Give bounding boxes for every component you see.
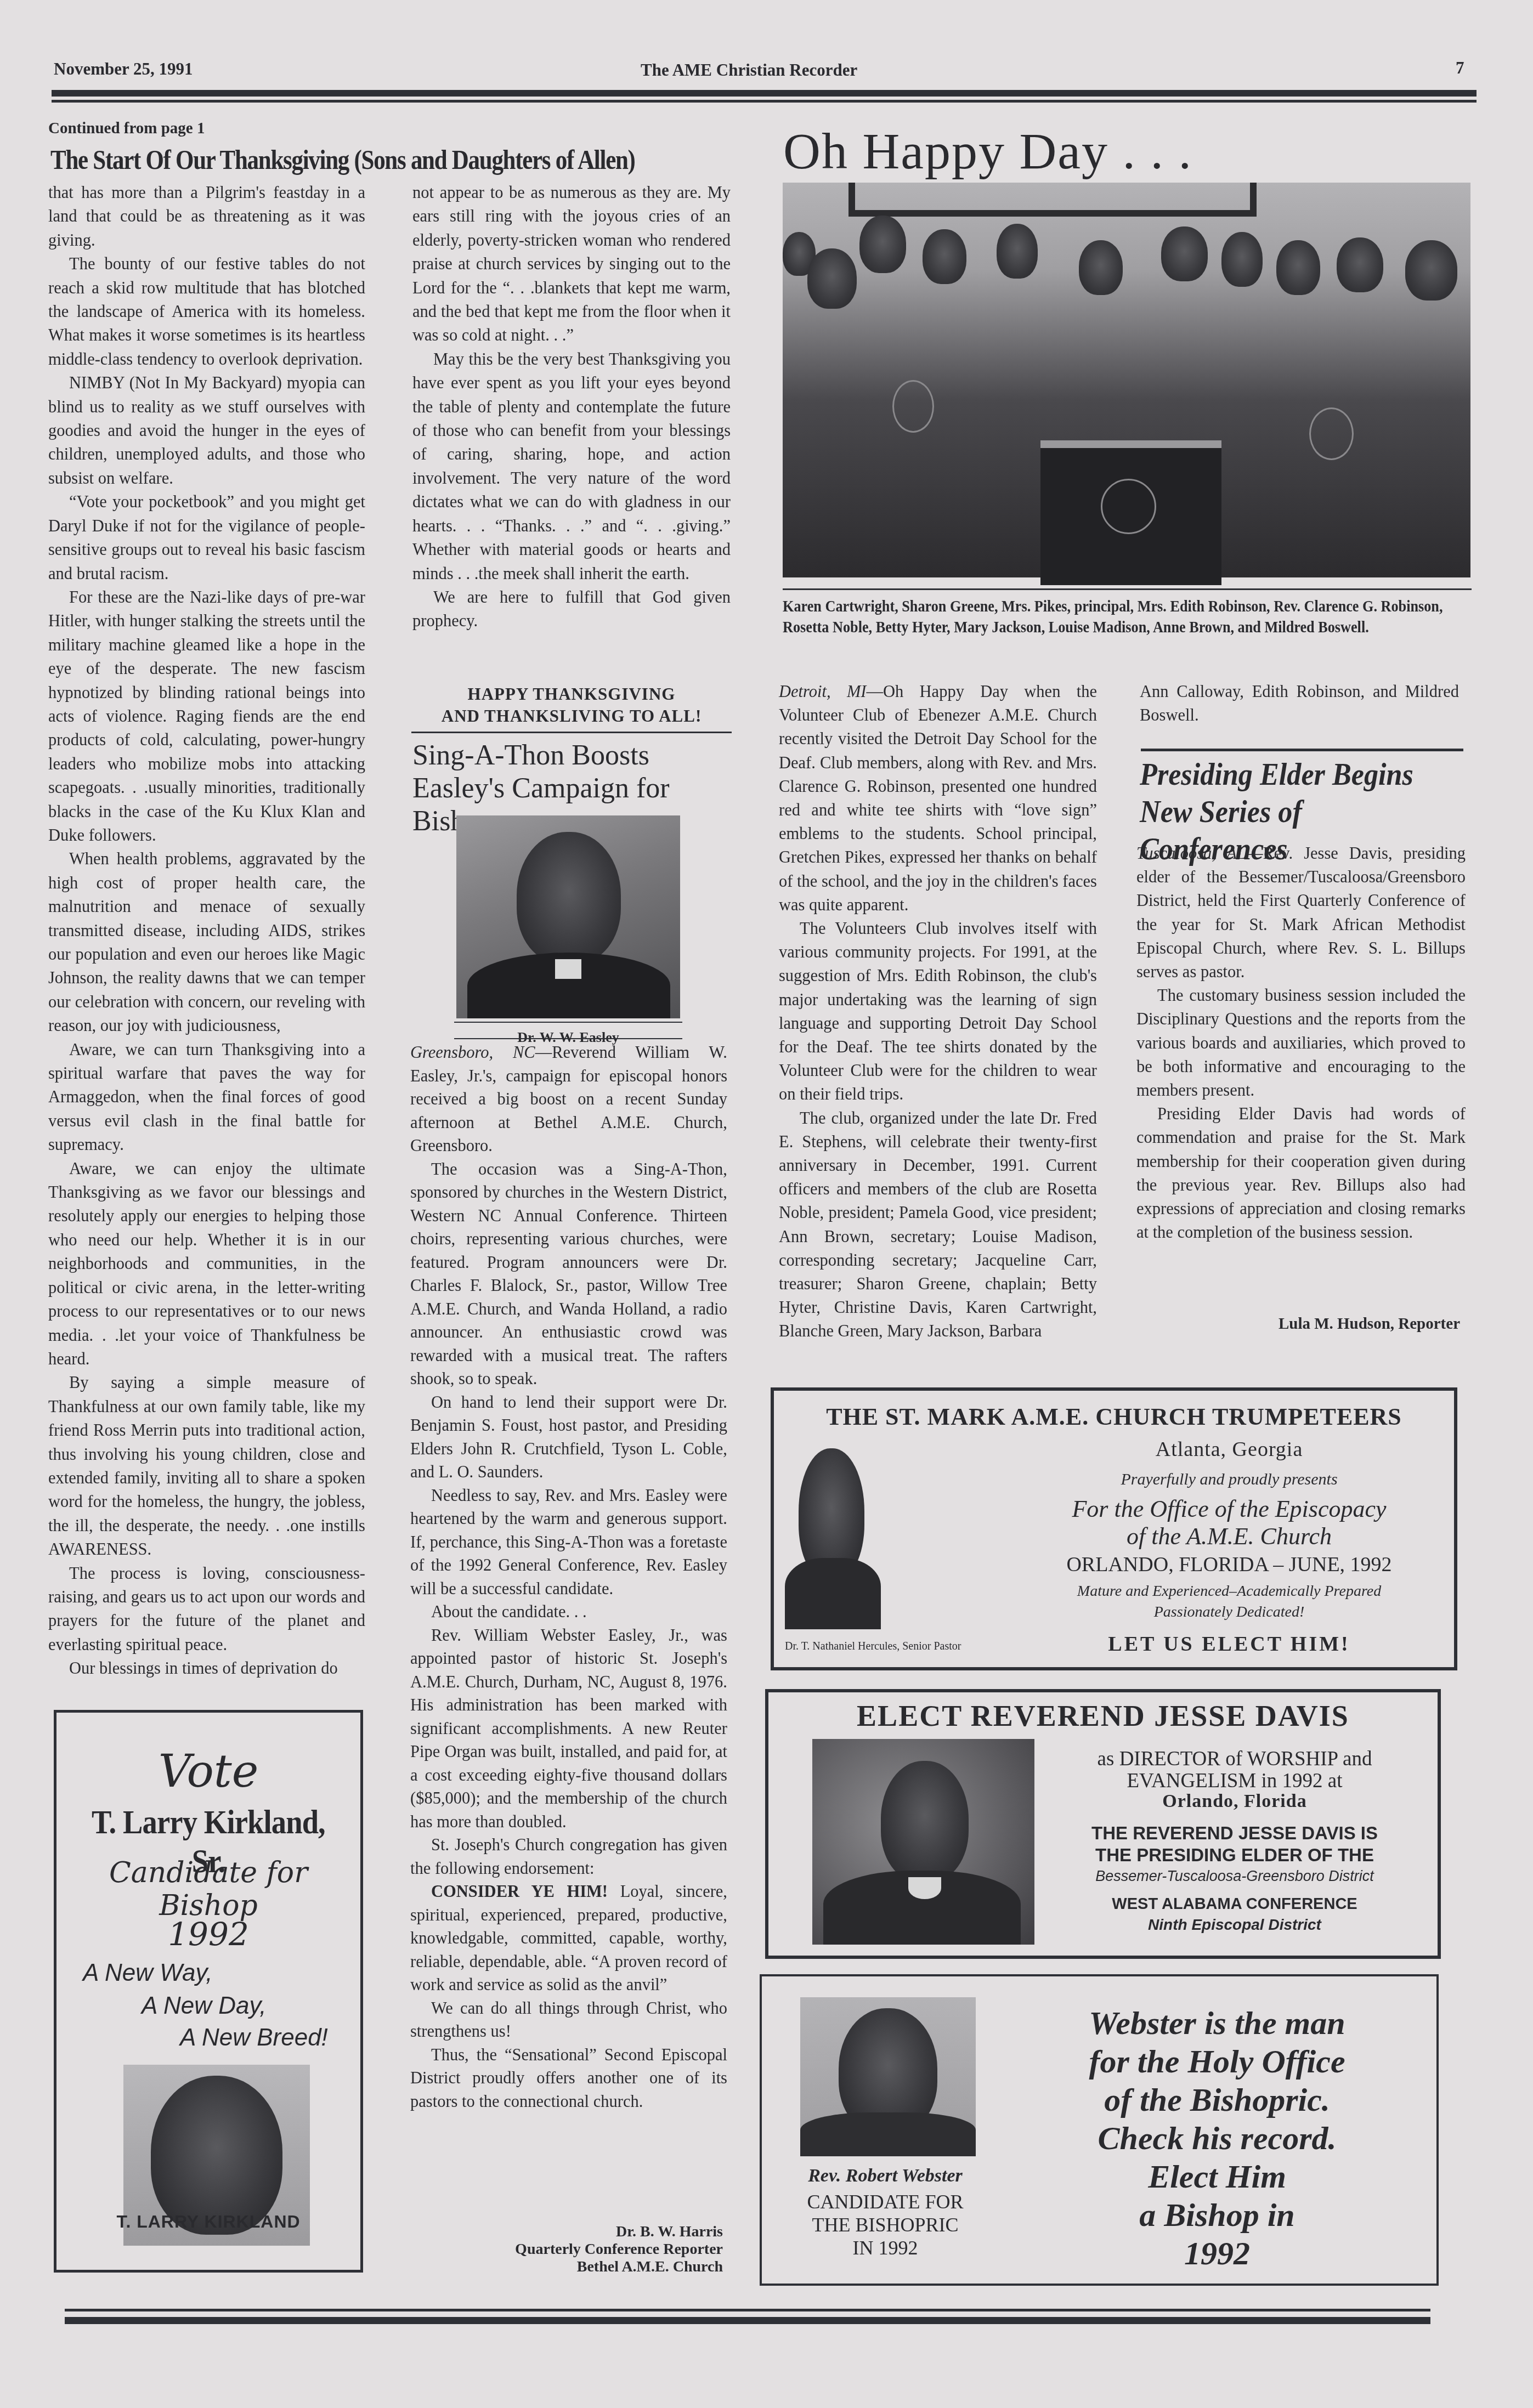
kirkland-ad: Vote T. Larry Kirkland, Sr. Candidate fo… [54, 1710, 363, 2273]
thanksgiving-col1: that has more than a Pilgrim's feastday … [48, 181, 365, 1681]
slogan-line: of the Bishopric. [1003, 2081, 1431, 2119]
section-divider [1141, 749, 1463, 751]
group-member [1337, 237, 1383, 292]
section-divider [411, 732, 732, 733]
paragraph: On hand to lend their support were Dr. B… [410, 1391, 727, 1484]
presiding-elder-copy: Tuscaloosa, AL—Rev. Jesse Davis, presidi… [1136, 842, 1466, 1244]
kirkland-photo-caption: T. LARRY KIRKLAND [56, 2212, 360, 2232]
photo-rule [783, 588, 1472, 590]
paragraph: May this be the very best Thanksgiving y… [412, 348, 731, 586]
kirkland-portrait-head [151, 2076, 282, 2235]
happy-day-photo-caption: Karen Cartwright, Sharon Greene, Mrs. Pi… [783, 597, 1472, 638]
paragraph: St. Joseph's Church congregation has giv… [410, 1833, 727, 1880]
davis-line-2: EVANGELISM in 1992 at [1032, 1769, 1438, 1793]
davis-photo [812, 1739, 1034, 1945]
paragraph: Ann Calloway, Edith Robinson, and Mildre… [1140, 680, 1459, 728]
slogan-line: a Bishop in [1003, 2196, 1431, 2234]
webster-photo [800, 1997, 976, 2156]
slogan-line: Check his record. [1003, 2119, 1431, 2157]
footer-rule-thick [65, 2317, 1430, 2324]
hercules-portrait-shoulders [785, 1558, 881, 1629]
slogan-line: 1992 [1003, 2234, 1431, 2273]
trumpeteers-qualities-1: Mature and Experienced–Academically Prep… [1004, 1583, 1454, 1600]
paragraph: Thus, the “Sensational” Second Episcopal… [410, 2043, 727, 2114]
hercules-photo [785, 1448, 881, 1629]
paragraph: About the candidate. . . [410, 1600, 727, 1624]
trumpeteers-title: THE ST. MARK A.M.E. CHURCH TRUMPETEERS [774, 1403, 1454, 1431]
shirt-emblem-icon [1101, 479, 1156, 534]
davis-line-1: as DIRECTOR of WORSHIP and [1032, 1747, 1438, 1771]
paragraph: “Vote your pocketbook” and you might get… [48, 490, 365, 586]
group-member [1079, 240, 1123, 295]
clerical-collar [908, 1877, 941, 1899]
presiding-elder-byline: Lula M. Hudson, Reporter [1136, 1315, 1460, 1333]
dateline: Greensboro, NC [410, 1043, 535, 1062]
davis-line-7: WEST ALABAMA CONFERENCE [1032, 1895, 1438, 1913]
trumpeteers-event: ORLANDO, FLORIDA – JUNE, 1992 [1004, 1553, 1454, 1577]
webster-portrait-shoulders [800, 2112, 976, 2156]
paragraph: Greensboro, NC—Reverend William W. Easle… [410, 1041, 727, 1158]
shirt-emblem-icon [1309, 407, 1354, 460]
wall-frame [848, 183, 1257, 217]
thanksgiving-col2: not appear to be as numerous as they are… [412, 181, 731, 633]
paragraph-text: —Rev. Jesse Davis, presiding elder of th… [1136, 844, 1466, 981]
paragraph: Tuscaloosa, AL—Rev. Jesse Davis, presidi… [1136, 842, 1466, 984]
webster-candidate-1: CANDIDATE FOR [784, 2190, 987, 2213]
trumpeteers-location: Atlanta, Georgia [1004, 1437, 1454, 1461]
page-number: 7 [1456, 58, 1464, 78]
kirkland-slogan-3: A New Breed! [180, 2024, 328, 2052]
webster-name: Rev. Robert Webster [784, 2166, 987, 2186]
paragraph: Aware, we can enjoy the ultimate Thanksg… [48, 1157, 365, 1372]
group-member [1405, 240, 1457, 301]
paragraph: Aware, we can turn Thanksgiving into a s… [48, 1038, 365, 1157]
kirkland-vote: Vote [56, 1746, 360, 1798]
easley-byline-title: Quarterly Conference Reporter [410, 2241, 723, 2258]
davis-ad-title: ELECT REVEREND JESSE DAVIS [768, 1699, 1438, 1733]
easley-byline-name: Dr. B. W. Harris [410, 2223, 723, 2241]
trumpeteers-qualities-2: Passionately Dedicated! [1004, 1604, 1454, 1621]
group-member [1276, 240, 1320, 295]
paragraph: We can do all things through Christ, who… [410, 1997, 727, 2043]
paragraph: By saying a simple measure of Thankfulne… [48, 1371, 365, 1561]
group-member [807, 248, 857, 309]
davis-line-5: THE PRESIDING ELDER OF THE [1032, 1845, 1438, 1866]
publication-name: The AME Christian Recorder [641, 60, 857, 80]
paragraph-text: —Oh Happy Day when the Volunteer Club of… [779, 682, 1097, 914]
davis-line-6: Bessemer-Tuscaloosa-Greensboro District [1032, 1868, 1438, 1885]
group-member [859, 216, 906, 273]
paragraph: not appear to be as numerous as they are… [412, 181, 731, 348]
kirkland-slogan-2: A New Day, [142, 1992, 266, 2020]
kirkland-year: 1992 [56, 1916, 360, 1953]
webster-candidate-3: IN 1992 [784, 2236, 987, 2259]
slogan-line: Elect Him [1003, 2157, 1431, 2196]
group-member [923, 229, 966, 284]
dateline: Tuscaloosa, AL [1136, 844, 1246, 863]
happy-day-col1: Detroit, MI—Oh Happy Day when the Volunt… [779, 680, 1097, 1344]
easley-body: Greensboro, NC—Reverend William W. Easle… [410, 1041, 727, 2113]
paragraph: The customary business session included … [1136, 984, 1466, 1102]
caption-rule-top [454, 1022, 682, 1023]
trumpeteers-cta: LET US ELECT HIM! [1004, 1632, 1454, 1656]
davis-portrait-head [881, 1761, 969, 1882]
group-member [1221, 232, 1263, 287]
paragraph: When health problems, aggravated by the … [48, 847, 365, 1038]
slogan-line: for the Holy Office [1003, 2042, 1431, 2081]
paragraph: that has more than a Pilgrim's feastday … [48, 181, 365, 252]
issue-date: November 25, 1991 [54, 59, 193, 79]
continued-kicker: Continued from page 1 [48, 120, 205, 138]
paragraph: The club, organized under the late Dr. F… [779, 1107, 1097, 1344]
clerical-collar [555, 959, 581, 979]
paragraph: Needless to say, Rev. and Mrs. Easley we… [410, 1484, 727, 1601]
paragraph: Presiding Elder Davis had words of comme… [1136, 1102, 1466, 1244]
davis-line-4: THE REVEREND JESSE DAVIS IS [1032, 1823, 1438, 1844]
thanksgiving-closing-2: AND THANKSLIVING TO ALL! [412, 706, 731, 726]
webster-slogan: Webster is the man for the Holy Office o… [1003, 2004, 1431, 2273]
easley-portrait-head [517, 832, 621, 964]
footer-rule-thin [65, 2309, 1430, 2311]
dateline: Detroit, MI [779, 682, 866, 701]
webster-ad: Rev. Robert Webster CANDIDATE FOR THE BI… [760, 1974, 1439, 2286]
easley-photo [456, 815, 680, 1018]
volunteer-club-photo [783, 183, 1470, 577]
endorsement-lead: CONSIDER YE HIM! [431, 1882, 608, 1901]
jesse-davis-ad: ELECT REVEREND JESSE DAVIS as DIRECTOR o… [765, 1689, 1441, 1959]
masthead-rule-thin [52, 100, 1477, 103]
trumpeteers-ad: THE ST. MARK A.M.E. CHURCH TRUMPETEERS A… [771, 1387, 1457, 1670]
trumpeteers-office-2: of the A.M.E. Church [1004, 1522, 1454, 1550]
davis-line-3: Orlando, Florida [1032, 1791, 1438, 1812]
paragraph: Our blessings in times of deprivation do [48, 1657, 365, 1680]
easley-byline-church: Bethel A.M.E. Church [410, 2258, 723, 2276]
paragraph: The Volunteers Club involves itself with… [779, 917, 1097, 1107]
hercules-photo-caption: Dr. T. Nathaniel Hercules, Senior Pastor [785, 1640, 961, 1653]
happy-day-col2: Ann Calloway, Edith Robinson, and Mildre… [1140, 680, 1459, 728]
paragraph: Detroit, MI—Oh Happy Day when the Volunt… [779, 680, 1097, 917]
paragraph: Rev. William Webster Easley, Jr., was ap… [410, 1624, 727, 1834]
kirkland-slogan-1: A New Way, [83, 1959, 212, 1987]
caption-rule-bottom [454, 1038, 682, 1039]
trumpeteers-presents: Prayerfully and proudly presents [1004, 1470, 1454, 1489]
shirt-emblem-icon [892, 380, 934, 433]
davis-line-8: Ninth Episcopal District [1032, 1916, 1438, 1934]
paragraph: The bounty of our festive tables do not … [48, 252, 365, 371]
happy-day-headline: Oh Happy Day . . . [783, 122, 1192, 181]
paragraph: The occasion was a Sing-A-Thon, sponsore… [410, 1158, 727, 1391]
webster-candidate-2: THE BISHOPRIC [784, 2213, 987, 2236]
paragraph: The process is loving, consciousness-rai… [48, 1562, 365, 1657]
slogan-line: Webster is the man [1003, 2004, 1431, 2042]
paragraph: NIMBY (Not In My Backyard) myopia can bl… [48, 371, 365, 490]
thanksgiving-headline: The Start Of Our Thanksgiving (Sons and … [50, 144, 635, 175]
thanksgiving-closing-1: HAPPY THANKSGIVING [412, 684, 731, 704]
paragraph: For these are the Nazi-like days of pre-… [48, 586, 365, 847]
masthead-rule-thick [52, 90, 1477, 97]
paragraph: We are here to fulfill that God given pr… [412, 586, 731, 633]
paragraph: CONSIDER YE HIM! Loyal, sincere, spiritu… [410, 1880, 727, 1997]
kirkland-subtitle: Candidate for Bishop [56, 1856, 360, 1922]
group-member [997, 224, 1038, 279]
group-member [1161, 226, 1208, 281]
trumpeteers-office-1: For the Office of the Episcopacy [1004, 1495, 1454, 1523]
